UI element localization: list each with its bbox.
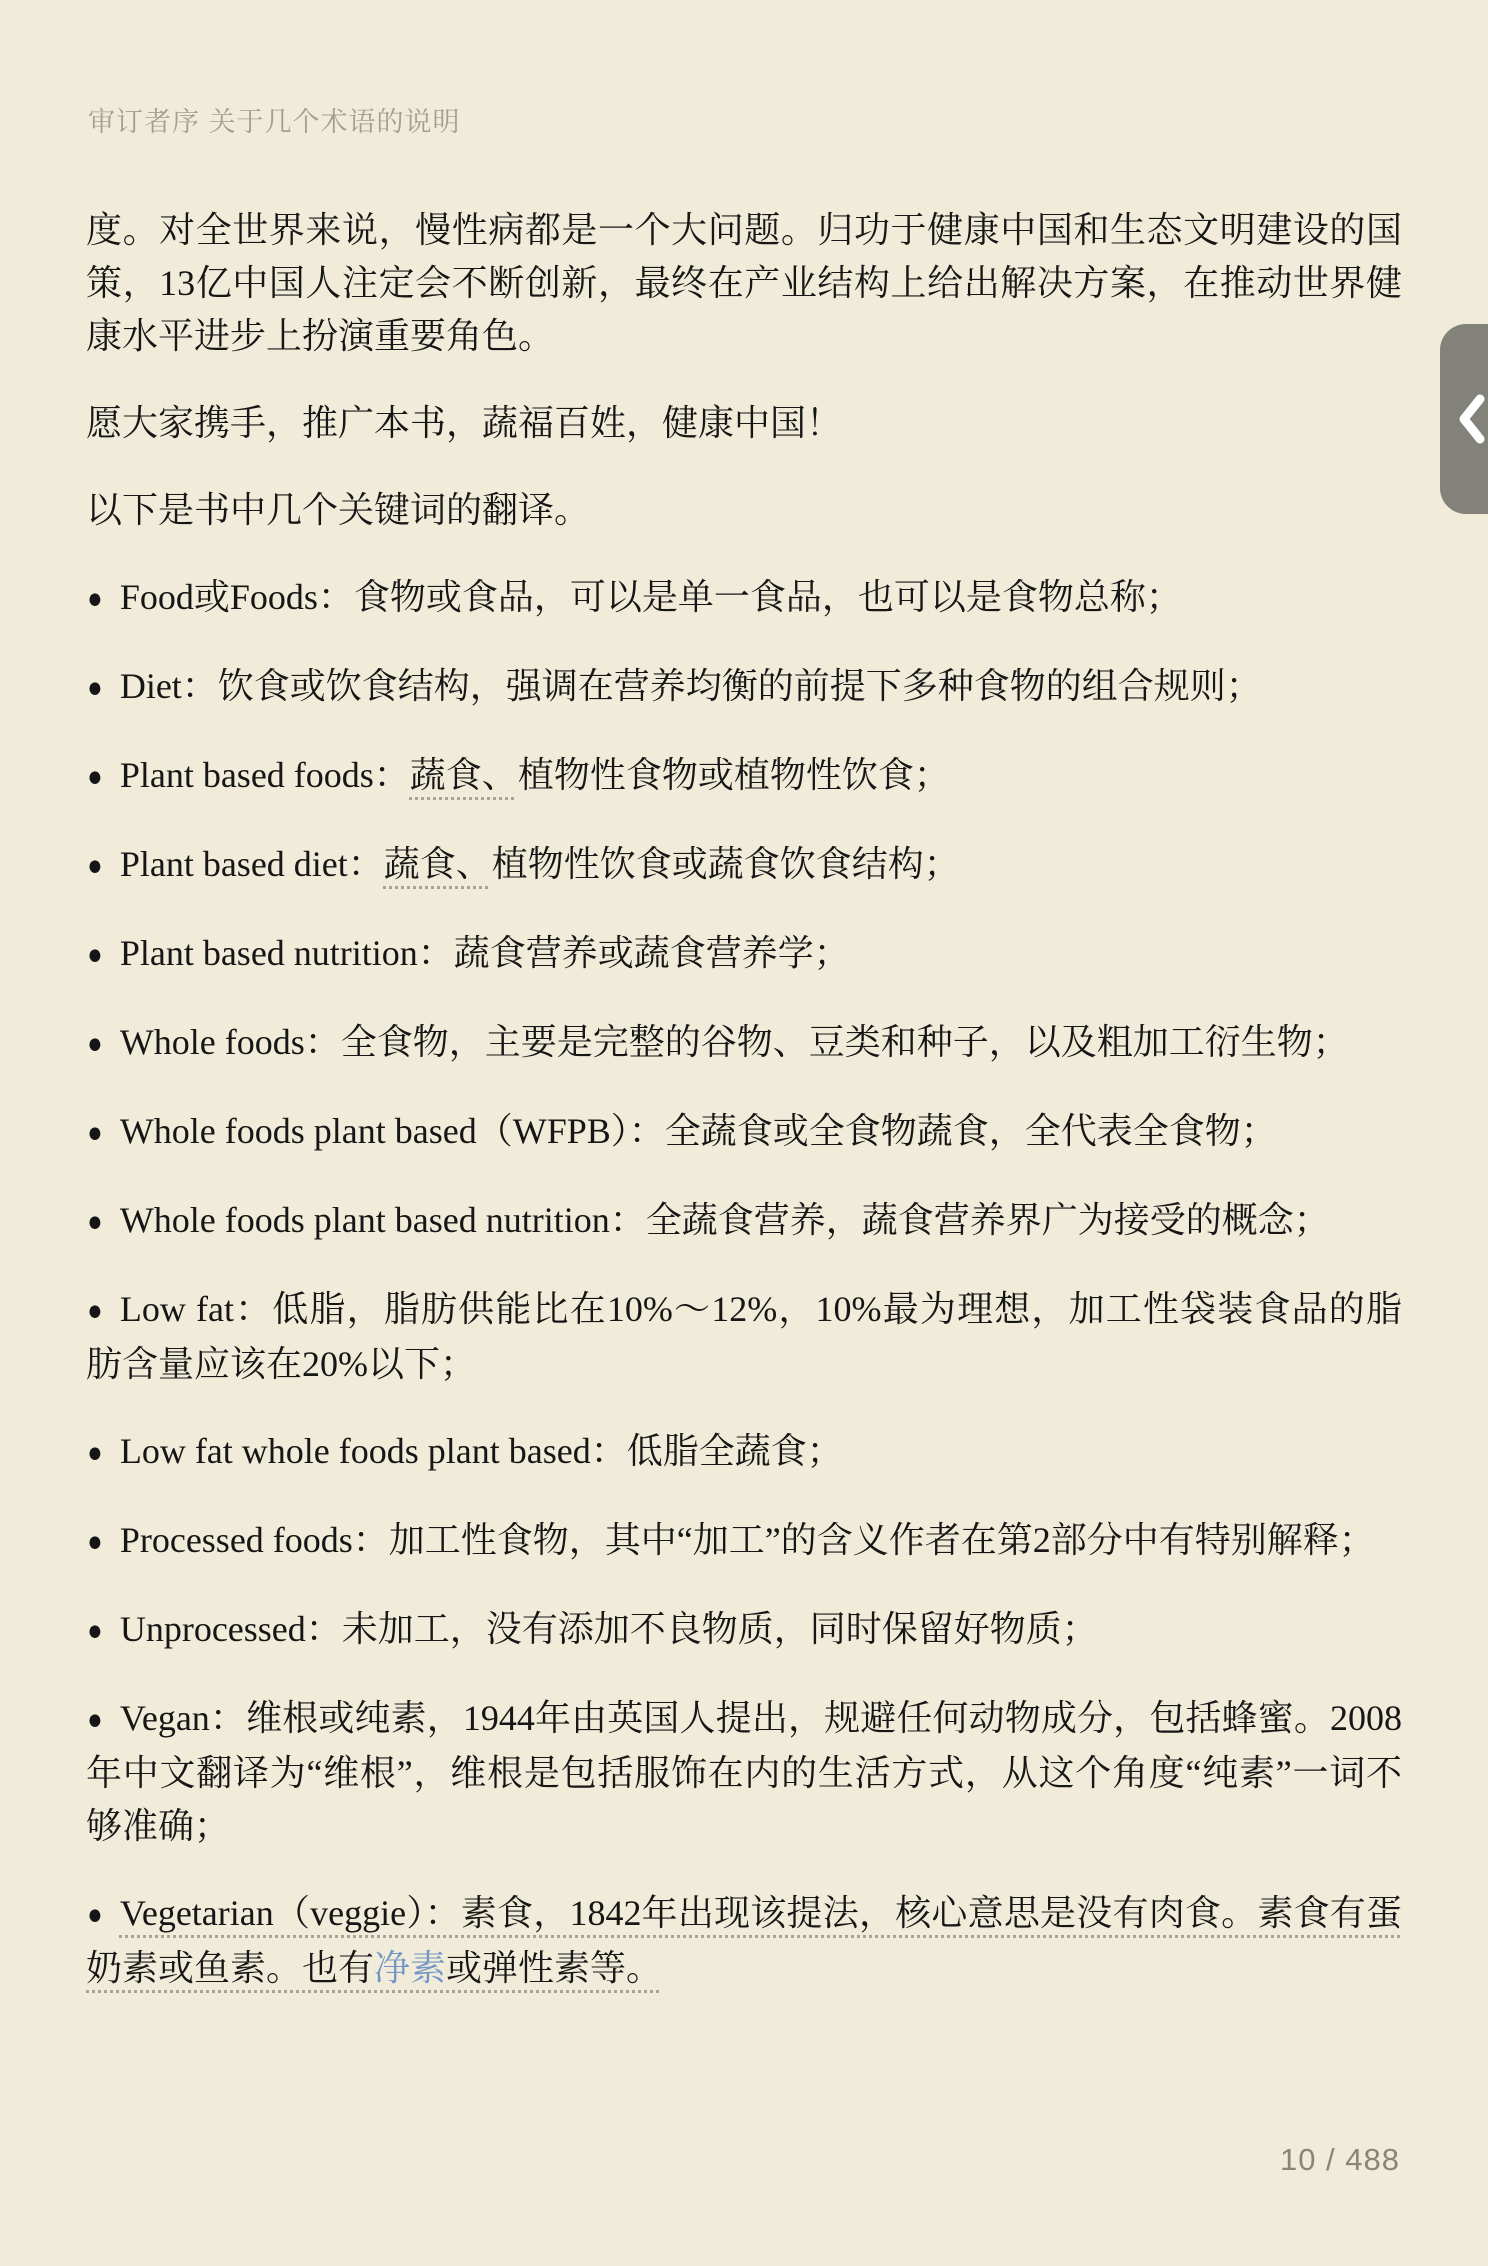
list-item-text: Whole foods plant based nutrition：全蔬食营养，…: [120, 1200, 1330, 1240]
list-item: ●Vegan：维根或纯素，1944年由英国人提出，规避任何动物成分，包括蜂蜜。2…: [86, 1692, 1402, 1853]
bullet-icon: ●: [87, 662, 102, 715]
list-item: ●Food或Foods：食物或食品，可以是单一食品，也可以是食物总称；: [86, 571, 1402, 626]
list-item-text: Food或Foods：食物或食品，可以是单一食品，也可以是食物总称；: [120, 577, 1182, 617]
list-item-text: 植物性饮食或蔬食饮食结构；: [492, 844, 960, 884]
paragraph-text: 以下是书中几个关键词的翻译。: [86, 490, 590, 530]
bullet-icon: ●: [87, 840, 102, 893]
inline-link[interactable]: 净素: [374, 1948, 446, 1988]
annotated-passage[interactable]: Vegetarian（veggie）：素食，1842年出现该提法，核心意思是没有…: [86, 1893, 1402, 1988]
chevron-left-icon: [1456, 393, 1486, 445]
list-item: ●Plant based nutrition：蔬食营养或蔬食营养学；: [86, 927, 1402, 982]
list-item: ●Whole foods plant based nutrition：全蔬食营养…: [86, 1194, 1402, 1249]
previous-page-tab[interactable]: [1440, 324, 1488, 514]
annotated-term[interactable]: 蔬食、: [384, 844, 492, 884]
paragraph: 以下是书中几个关键词的翻译。: [86, 484, 1402, 537]
list-item-text: Vegan：维根或纯素，1944年由英国人提出，规避任何动物成分，包括蜂蜜。20…: [86, 1698, 1402, 1846]
list-item-text: Plant based nutrition：蔬食营养或蔬食营养学；: [120, 933, 850, 973]
list-item-text: Low fat：低脂，脂肪供能比在10%～12%，10%最为理想，加工性袋装食品…: [86, 1289, 1402, 1384]
bullet-icon: ●: [87, 929, 102, 982]
paragraph-text: 度。对全世界来说，慢性病都是一个大问题。归功于健康中国和生态文明建设的国策，13…: [86, 210, 1402, 356]
list-item-text: Low fat whole foods plant based：低脂全蔬食；: [120, 1431, 843, 1471]
page-indicator: 10 / 488: [1280, 2142, 1400, 2178]
bullet-icon: ●: [87, 1107, 102, 1160]
bullet-icon: ●: [87, 1285, 102, 1338]
bullet-icon: ●: [87, 1516, 102, 1569]
bullet-icon: ●: [87, 573, 102, 626]
list-item: ●Vegetarian（veggie）：素食，1842年出现该提法，核心意思是没…: [86, 1887, 1402, 1995]
list-item: ●Processed foods：加工性食物，其中“加工”的含义作者在第2部分中…: [86, 1514, 1402, 1569]
bullet-icon: ●: [87, 751, 102, 804]
paragraph-text: 愿大家携手，推广本书，蔬福百姓，健康中国！: [86, 403, 842, 443]
reader-page: 审订者序 关于几个术语的说明 度。对全世界来说，慢性病都是一个大问题。归功于健康…: [0, 0, 1488, 2266]
list-item: ●Low fat：低脂，脂肪供能比在10%～12%，10%最为理想，加工性袋装食…: [86, 1283, 1402, 1391]
list-item-text: 植物性食物或植物性饮食；: [518, 755, 950, 795]
bullet-icon: ●: [87, 1427, 102, 1480]
bullet-icon: ●: [87, 1196, 102, 1249]
list-item-text: Plant based foods：: [120, 755, 410, 795]
breadcrumb: 审订者序 关于几个术语的说明: [88, 100, 461, 139]
bullet-icon: ●: [87, 1605, 102, 1658]
list-item-text: Diet：饮食或饮食结构，强调在营养均衡的前提下多种食物的组合规则；: [120, 666, 1262, 706]
list-item-text: Whole foods plant based（WFPB）：全蔬食或全食物蔬食，…: [120, 1111, 1277, 1151]
list-item-text: Plant based diet：: [120, 844, 384, 884]
list-item: ●Plant based foods：蔬食、植物性食物或植物性饮食；: [86, 749, 1402, 804]
bullet-icon: ●: [87, 1694, 102, 1747]
list-item-text: 或弹性素等。: [446, 1948, 662, 1988]
list-item: ●Low fat whole foods plant based：低脂全蔬食；: [86, 1425, 1402, 1480]
list-item: ●Plant based diet：蔬食、植物性饮食或蔬食饮食结构；: [86, 838, 1402, 893]
list-item: ●Whole foods plant based（WFPB）：全蔬食或全食物蔬食…: [86, 1105, 1402, 1160]
list-item-text: Processed foods：加工性食物，其中“加工”的含义作者在第2部分中有…: [120, 1520, 1375, 1560]
list-item: ●Unprocessed：未加工，没有添加不良物质，同时保留好物质；: [86, 1603, 1402, 1658]
list-item-text: Vegetarian（veggie）：素食，1842年出现该提法，核心意思是没有…: [86, 1893, 1402, 1988]
annotated-term[interactable]: 蔬食、: [410, 755, 518, 795]
bullet-icon: ●: [87, 1889, 102, 1942]
list-item: ●Diet：饮食或饮食结构，强调在营养均衡的前提下多种食物的组合规则；: [86, 660, 1402, 715]
list-item: ●Whole foods：全食物，主要是完整的谷物、豆类和种子，以及粗加工衍生物…: [86, 1016, 1402, 1071]
list-item-text: Unprocessed：未加工，没有添加不良物质，同时保留好物质；: [120, 1609, 1098, 1649]
bullet-icon: ●: [87, 1018, 102, 1071]
list-item-text: Whole foods：全食物，主要是完整的谷物、豆类和种子，以及粗加工衍生物；: [120, 1022, 1349, 1062]
paragraph: 度。对全世界来说，慢性病都是一个大问题。归功于健康中国和生态文明建设的国策，13…: [86, 204, 1402, 363]
reading-area: 度。对全世界来说，慢性病都是一个大问题。归功于健康中国和生态文明建设的国策，13…: [86, 204, 1402, 2029]
paragraph: 愿大家携手，推广本书，蔬福百姓，健康中国！: [86, 397, 1402, 450]
